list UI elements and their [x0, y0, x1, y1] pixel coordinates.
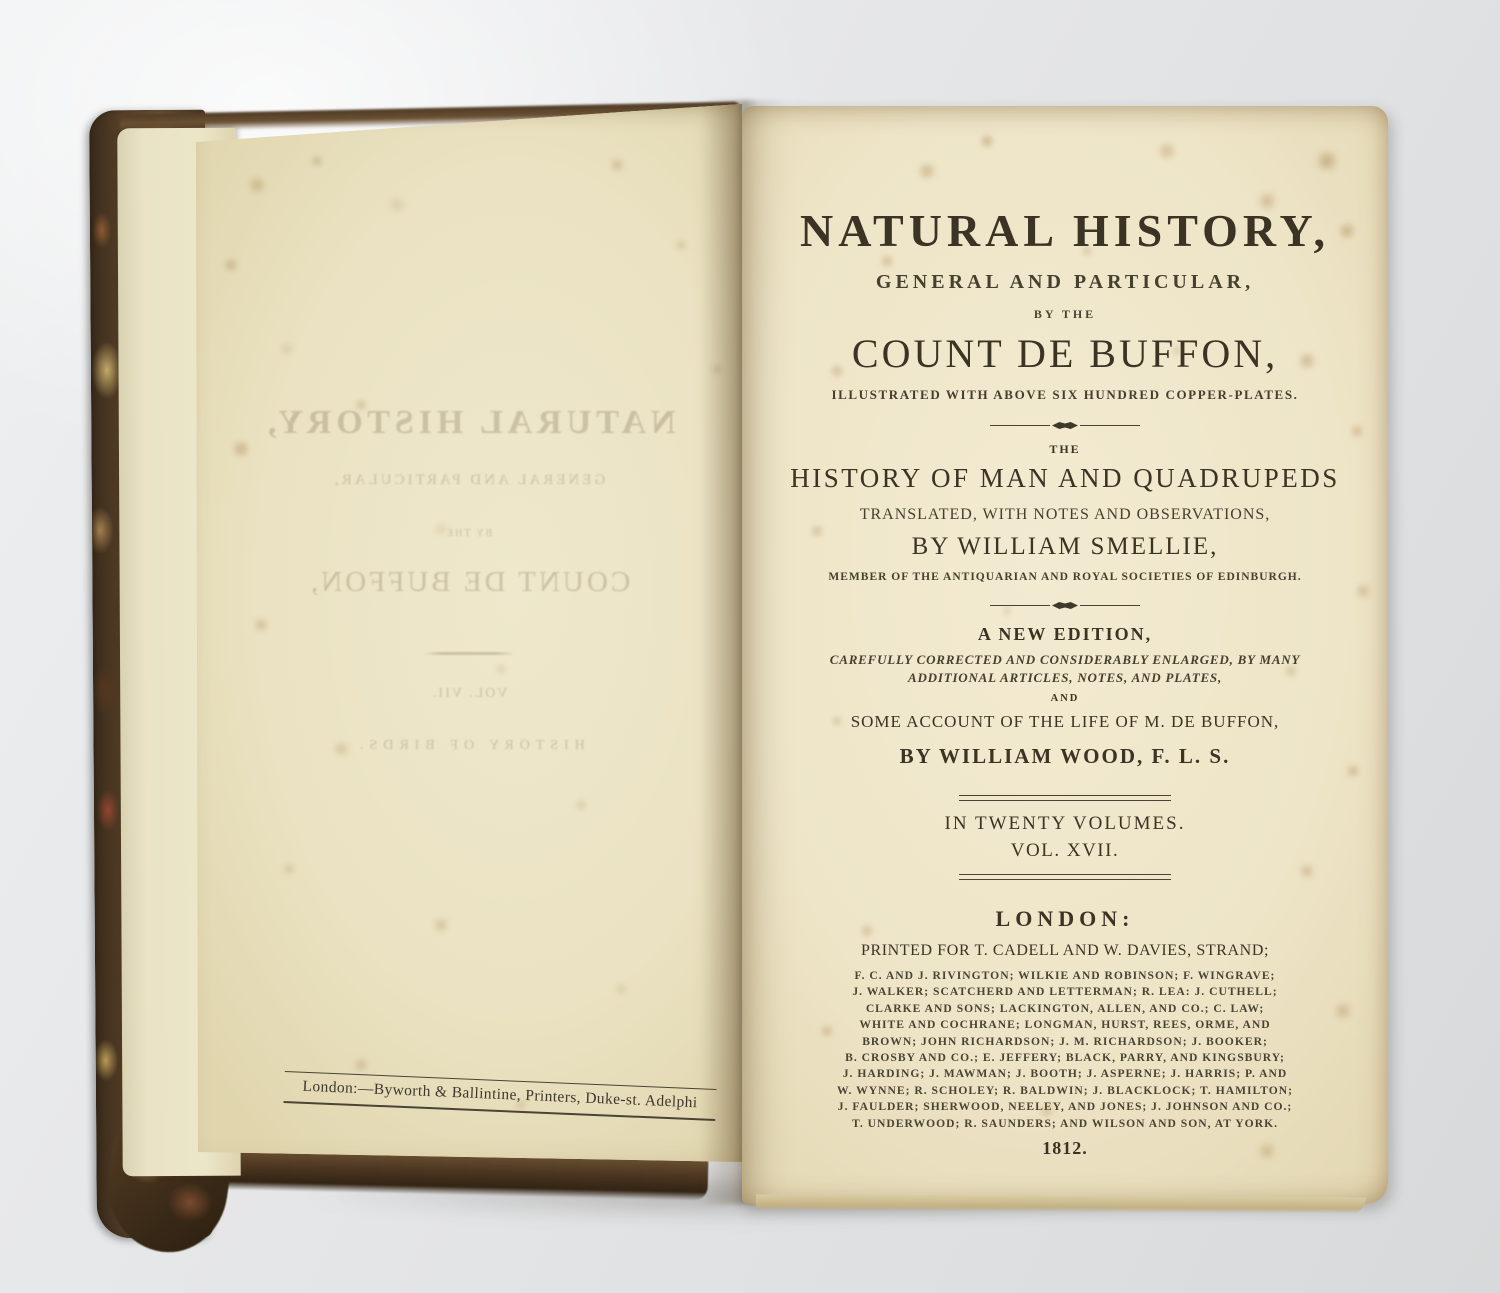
page-block-edge: [756, 1194, 1366, 1213]
showthrough-birds: HISTORY OF BIRDS.: [354, 738, 585, 754]
by-the-label: BY THE: [760, 307, 1370, 322]
printer-imprint-block: London:—Byworth & Ballintine, Printers, …: [284, 1071, 717, 1121]
edition-note-line2: ADDITIONAL ARTICLES, NOTES, AND PLATES,: [760, 670, 1370, 686]
imprint-city: LONDON:: [760, 906, 1370, 932]
divider-bar: [990, 425, 1050, 426]
translated-note: TRANSLATED, WITH NOTES AND OBSERVATIONS,: [760, 506, 1370, 524]
editor-name: BY WILLIAM WOOD, F. L. S.: [760, 744, 1370, 769]
work-title: HISTORY OF MAN AND QUADRUPEDS: [760, 463, 1370, 494]
double-rule-2: [959, 874, 1171, 880]
publisher-line: WHITE AND COCHRANE; LONGMAN, HURST, REES…: [830, 1017, 1300, 1033]
showthrough-author: COUNT DE BUFFON,: [308, 566, 630, 599]
illustrated-note: ILLUSTRATED WITH ABOVE SIX HUNDRED COPPE…: [760, 387, 1370, 403]
publisher-line: T. UNDERWOOD; R. SAUNDERS; AND WILSON AN…: [830, 1116, 1300, 1132]
publisher-line: F. C. AND J. RIVINGTON; WILKIE AND ROBIN…: [830, 968, 1300, 984]
showthrough-subtitle: GENERAL AND PARTICULAR,: [332, 472, 605, 489]
ornament-divider-2: [990, 601, 1140, 610]
volumes-statement: IN TWENTY VOLUMES.: [760, 813, 1370, 835]
and-label: AND: [760, 693, 1370, 704]
showthrough-by-the: BY THE: [445, 528, 492, 539]
diamond-ornament-icon: [1052, 422, 1078, 429]
publisher-list: F. C. AND J. RIVINGTON; WILKIE AND ROBIN…: [830, 968, 1300, 1132]
photo-of-open-book: NATURAL HISTORY, GENERAL AND PARTICULAR,…: [0, 0, 1500, 1293]
showthrough-title: NATURAL HISTORY,: [263, 404, 676, 442]
divider-bar: [990, 605, 1050, 606]
publisher-line: J. FAULDER; SHERWOOD, NEELEY, AND JONES;…: [830, 1099, 1300, 1115]
life-account-note: SOME ACCOUNT OF THE LIFE OF M. DE BUFFON…: [760, 712, 1370, 732]
showthrough-ornament: [424, 652, 514, 655]
edition-heading: A NEW EDITION,: [760, 624, 1370, 645]
publisher-line: CLARKE AND SONS; LACKINGTON, ALLEN, AND …: [830, 1001, 1300, 1017]
book-title: NATURAL HISTORY,: [760, 204, 1370, 257]
publisher-line: J. WALKER; SCATCHERD AND LETTERMAN; R. L…: [830, 984, 1300, 1000]
translator-title: MEMBER OF THE ANTIQUARIAN AND ROYAL SOCI…: [760, 571, 1370, 583]
publisher-line: B. CROSBY AND CO.; E. JEFFERY; BLACK, PA…: [830, 1050, 1300, 1066]
volume-number: VOL. XVII.: [760, 840, 1370, 862]
publisher-line: BROWN; JOHN RICHARDSON; J. M. RICHARDSON…: [830, 1034, 1300, 1050]
divider-bar: [1080, 425, 1140, 426]
publisher-line: J. HARDING; J. MAWMAN; J. BOOTH; J. ASPE…: [830, 1066, 1300, 1082]
double-rule-1: [959, 795, 1171, 801]
ornament-divider-1: [990, 421, 1140, 430]
left-page: NATURAL HISTORY, GENERAL AND PARTICULAR,…: [196, 104, 742, 1162]
printed-for-line: PRINTED FOR T. CADELL AND W. DAVIES, STR…: [760, 942, 1370, 960]
publisher-line: W. WYNNE; R. SCHOLEY; R. BALDWIN; J. BLA…: [830, 1083, 1300, 1099]
edition-note-line1: CAREFULLY CORRECTED AND CONSIDERABLY ENL…: [760, 652, 1370, 668]
diamond-ornament-icon: [1052, 602, 1078, 609]
publication-year: 1812.: [760, 1138, 1370, 1159]
translator-name: BY WILLIAM SMELLIE,: [760, 533, 1370, 561]
author-name: COUNT DE BUFFON,: [760, 330, 1370, 377]
title-page-text-column: NATURAL HISTORY, GENERAL AND PARTICULAR,…: [760, 106, 1370, 1159]
foxing-spots-right: [742, 106, 744, 108]
showthrough-volume: VOL. VII.: [431, 686, 507, 702]
divider-bar: [1080, 605, 1140, 606]
title-page: NATURAL HISTORY, GENERAL AND PARTICULAR,…: [742, 106, 1388, 1204]
the-label: THE: [760, 442, 1370, 457]
book-subtitle: GENERAL AND PARTICULAR,: [760, 271, 1370, 294]
